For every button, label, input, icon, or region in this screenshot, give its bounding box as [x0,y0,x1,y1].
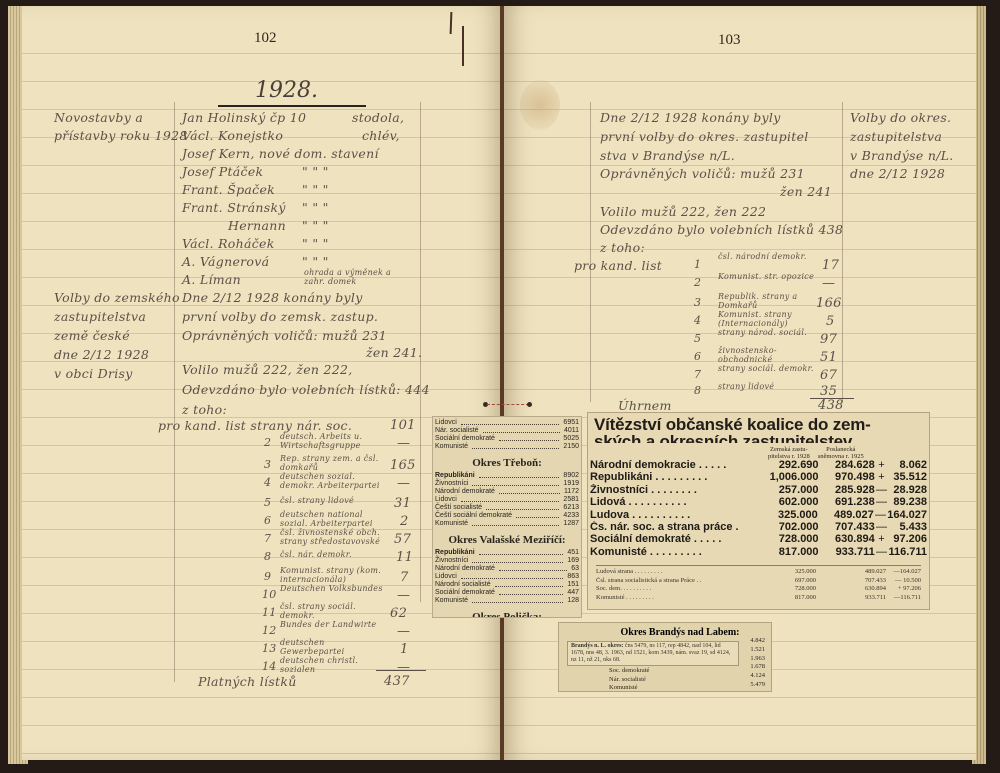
party-name: deutschen christl. sozialen [280,656,385,674]
record-line: Oprávněných voličů: mužů 231 [182,328,387,343]
list-number: 14 [262,660,277,673]
margin-label: zastupitelstva [54,309,146,324]
ditto-marks: " " " [302,254,329,269]
party-name: deutschen sozial. demokr. Arbeiterpartei [280,472,385,490]
party-name: čsl. národní demokr. [718,252,818,261]
list-number: 4 [694,314,701,327]
list-number: 13 [262,642,277,655]
list-number: 6 [694,350,701,363]
vote-count: 166 [816,296,842,311]
sum-rule [376,670,426,671]
value-column-rule [842,102,843,402]
district-heading: Okres Třeboň: [433,457,581,469]
margin-label: přístavby roku 1928 [54,128,188,143]
margin-label: Novostavby a [54,110,143,125]
brandys-summary: Brandýs n. L. okres: čns 5479, ns 117, r… [567,641,739,666]
party-name: strany sociál. demokr. [718,364,818,373]
table-row: Sociální demokraté . . . . .728.000630.8… [590,533,927,545]
result-row: Živnostníci1919 [433,480,581,488]
vote-count: 7 [400,570,409,585]
record-line: Volilo mužů 222, žen 222, [182,362,353,377]
vote-count: 17 [822,258,839,273]
table-row: Čsl. strana socialistická a strana Práce… [596,577,921,586]
clipping-coalition-victory: Vítězství občanské koalice do zem- ských… [587,412,930,610]
left-page: 102 1928. Novostavby a přístavby roku 19… [22,6,502,760]
margin-label: v Brandýse n/L. [850,148,954,163]
underlying-clipping-rows: Ludová strana . . . . . . . . .325.00048… [596,565,921,602]
vote-count: — [397,624,410,639]
result-row: Čeští sociální demokraté4233 [433,512,581,520]
list-number: 5 [264,496,271,509]
vote-count: — [397,588,410,603]
record-line: žen 241. [366,345,422,360]
list-number: 11 [262,606,277,619]
list-number: 9 [264,570,271,583]
record-line: žen 241 [780,184,832,199]
party-name: čsl. strany sociál. demokr. [280,602,385,620]
party-name: Republik. strany a Domkařů [718,292,818,310]
vote-count: 1 [400,642,409,657]
record-line: Odevzdáno bylo volebních lístků 438 [600,222,843,237]
entry-text: Josef Ptáček [182,164,263,179]
total-value: 438 [818,398,844,413]
table-row: Lidová . . . . . . . . . .602.000691.238… [590,496,927,508]
district-heading: Okres Polička: [433,611,581,618]
party-name: Deutschen Volksbundes [280,584,385,593]
entry-note: chlév, [362,128,400,143]
list-number: 7 [694,368,701,381]
vote-count: — [397,436,410,451]
year-heading: 1928. [255,78,318,103]
table-row: Komunisté . . . . . . . . .817.000933.71… [596,594,921,603]
party-name: čsl. strany lidové [280,496,385,505]
list-number: 1 [694,258,701,271]
table-row: Živnostníci . . . . . . . .257.000285.92… [590,484,927,496]
year-underline [218,105,366,107]
party-name: strany lidové [718,382,818,391]
table-row: Čs. nár. soc. a strana práce .702.000707… [590,521,927,533]
vote-count: 2 [400,514,409,529]
table-row: Ludova . . . . . . . . . .325.000489.027… [590,509,927,521]
vote-count: 5 [826,314,835,329]
vote-count: 165 [390,458,416,473]
record-line: Dne 2/12 1928 konány byly [600,110,781,125]
result-row: Lidovci2581 [433,496,581,504]
list-number: 8 [694,384,701,397]
party-name: Komunist. str. opozice [718,272,818,281]
total-value: 437 [384,674,410,689]
result-row: Nár. socialisté4011 [433,427,581,435]
party-name: deutschen Gewerbepartei [280,638,385,656]
margin-label: dne 2/12 1928 [54,347,149,362]
table-row: Národní demokracie . . . . .292.690284.6… [590,459,927,471]
list-number: 2 [264,436,271,449]
record-line: z toho: [182,402,227,417]
ink-mark [450,12,453,34]
record-line: Oprávněných voličů: mužů 231 [600,166,805,181]
entry-text: A. Líman [182,272,241,287]
result-row: Sociální demokraté447 [433,589,581,597]
page-number: 103 [718,32,741,49]
record-line: Odevzdáno bylo volebních lístků: 444 [182,382,430,397]
result-row: Republikáni8902 [433,472,581,480]
district-heading: Okres Valašské Meziříčí: [433,534,581,546]
result-row: Komunisté128 [433,597,581,605]
clipping-headline: Vítězství občanské koalice do zem- ských… [588,413,929,443]
entry-note: stodola, [352,110,404,125]
vote-count: 51 [820,350,837,365]
ditto-marks: " " " [302,236,329,251]
margin-label: Volby do zemského [54,290,180,305]
party-name: Rep. strany zem. a čsl. domkařů [280,454,385,472]
vote-count: 35 [820,384,837,399]
list-number: 10 [262,588,277,601]
list-number: 5 [694,332,701,345]
margin-label: zastupitelstva [850,129,942,144]
result-row: Republikáni451 [433,549,581,557]
ditto-marks: " " " [302,200,329,215]
result-row: Národní demokraté1172 [433,488,581,496]
stain [520,80,560,130]
entry-note: ohrada a výměnek a zahr. domek [304,268,414,286]
brandys-values: 4.842 1.521 1.963 1.678 4.124 5.479 3.42… [750,637,765,692]
entry-text: Václ. Roháček [182,236,275,251]
vote-count: — [397,660,410,675]
table-row: Komunisté . . . . . . . . .817.000933.71… [590,546,927,558]
margin-label: Volby do okres. [850,110,951,125]
district-heading: Okres Brandýs nad Labem: [589,627,771,638]
record-line: Dne 2/12 1928 konány byly [182,290,363,305]
results-prefix: pro kand. list strany nár. soc. [158,418,352,433]
entry-text: Josef Kern, nové dom. stavení [182,146,379,161]
entry-text: Hernann [228,218,286,233]
margin-label: v obci Drisy [54,366,133,381]
column-header-1925: Poslaneckásněmovna r. 1925 [818,446,864,460]
result-row: Národní socialisté151 [433,581,581,589]
party-name: strany národ. sociál. [718,328,818,337]
table-row: Ludová strana . . . . . . . . .325.00048… [596,568,921,577]
results-table: Národní demokracie . . . . .292.690284.6… [590,459,927,558]
record-line: první volby do zemsk. zastup. [182,309,378,324]
entry-text: Jan Holinský čp 10 [182,110,306,125]
list-number: 8 [264,550,271,563]
party-name: Komunist. strany (Internacionály) [718,310,818,328]
record-line: první volby do okres. zastupitel [600,129,809,144]
list-number: 2 [694,276,701,289]
result-row: Lidovci6951 [433,419,581,427]
party-name: živnostensko-obchodnické [718,346,818,364]
vote-count: 101 [390,418,416,433]
result-row: Sociální demokraté5025 [433,435,581,443]
party-name: čsl. nár. demokr. [280,550,385,559]
party-name: Komunist. strany (kom. internacionála) [280,566,385,584]
vote-count: — [397,476,410,491]
list-number: 7 [264,532,271,545]
total-label: Platných lístků [198,674,297,689]
clipping-district-results: Lidovci6951 Nár. socialisté4011 Sociální… [432,416,582,618]
result-row: Čeští socialisté6213 [433,504,581,512]
entry-text: Václ. Konejstko [182,128,283,143]
total-label: Úhrnem [618,398,672,413]
margin-label: země české [54,328,130,343]
list-number: 6 [264,514,271,527]
clipping-brandys: Okres Brandýs nad Labem: Brandýs n. L. o… [558,622,772,692]
margin-rule [174,102,175,682]
record-line: stva v Brandýse n/L. [600,148,735,163]
vote-count: 62 [390,606,407,621]
list-number: 12 [262,624,277,637]
vote-count: 57 [394,532,411,547]
record-line: z toho: [600,240,645,255]
result-row: Lidovci863 [433,573,581,581]
ink-mark [462,26,464,66]
result-row: Národní demokraté63 [433,565,581,573]
brandys-lower-rows: Soc. demokraté Nár. socialisté Komunisté [609,667,649,692]
table-row: Republikáni . . . . . . . . .1,006.00097… [590,471,927,483]
ditto-marks: " " " [302,218,329,233]
party-name: deutschen national sozial. Arbeiterparte… [280,510,385,528]
ditto-marks: " " " [302,164,329,179]
vote-count: 97 [820,332,837,347]
party-name: Bundes der Landwirte [280,620,385,629]
list-number: 3 [694,296,701,309]
results-prefix: pro kand. list [574,258,662,273]
party-name: čsl. živnostenské obch. strany středosta… [280,528,390,546]
margin-rule [590,102,591,402]
result-row: Komunisté2150 [433,443,581,451]
column-headers: Zemská zastu-pitelstva r. 1928 Poslaneck… [768,446,864,460]
margin-label: dne 2/12 1928 [850,166,945,181]
result-row: Živnostníci169 [433,557,581,565]
vote-count: 11 [396,550,413,565]
vote-count: — [822,276,835,291]
paper-pin [483,401,535,409]
party-name: deutsch. Arbeits u. Wirtschaftsgruppe [280,432,385,450]
result-row: Komunisté1287 [433,520,581,528]
column-header-1928: Zemská zastu-pitelstva r. 1928 [768,446,810,460]
page-number: 102 [254,30,277,47]
list-number: 3 [264,458,271,471]
vote-count: 31 [394,496,411,511]
table-row: Soc. dem. . . . . . . . . .728.000630.89… [596,585,921,594]
record-line: Volilo mužů 222, žen 222 [600,204,766,219]
ditto-marks: " " " [302,182,329,197]
list-number: 4 [264,476,271,489]
entry-text: A. Vágnerová [182,254,269,269]
vote-count: 67 [820,368,837,383]
entry-text: Frant. Špaček [182,182,275,197]
entry-text: Frant. Stránský [182,200,286,215]
